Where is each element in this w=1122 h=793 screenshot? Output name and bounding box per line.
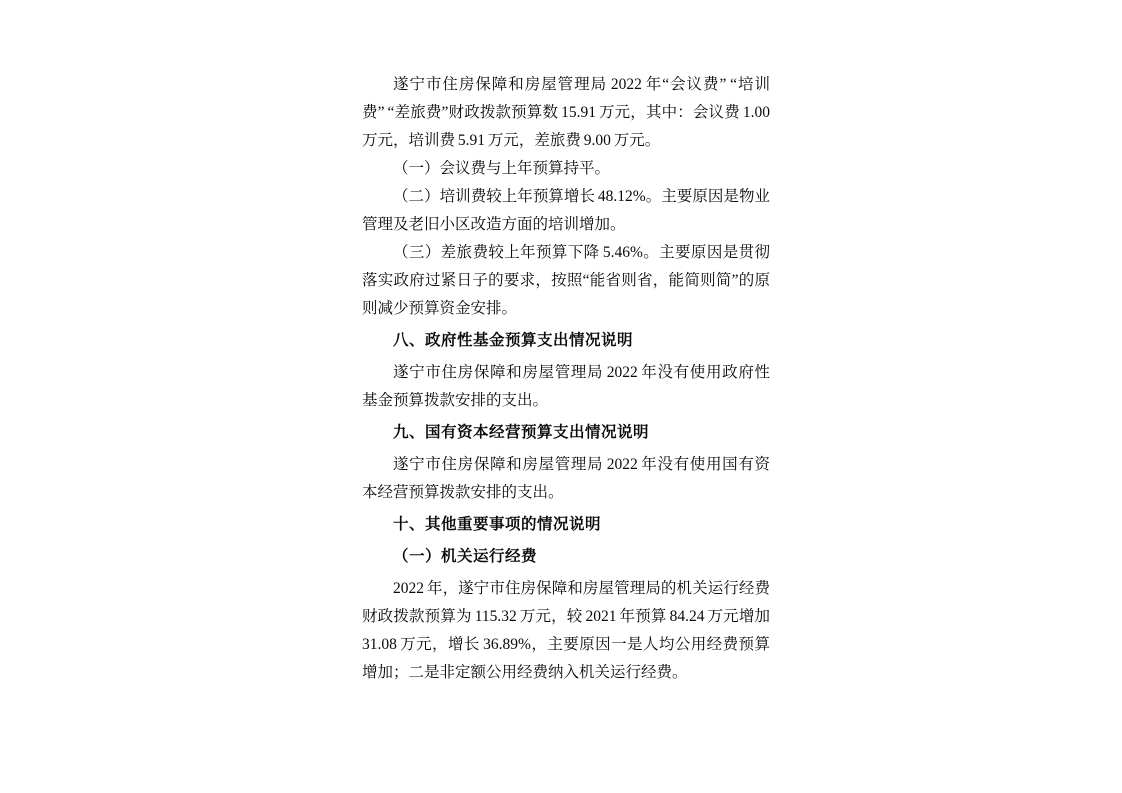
para-agency-operating-funds-detail: 2022 年，遂宁市住房保障和房屋管理局的机关运行经费财政拨款预算为 115.3… bbox=[362, 575, 770, 687]
heading-section-9-state-capital-budget: 九、国有资本经营预算支出情况说明 bbox=[362, 419, 770, 447]
para-section-8-no-government-fund-expenditure: 遂宁市住房保障和房屋管理局 2022 年没有使用政府性基金预算拨款安排的支出。 bbox=[362, 359, 770, 415]
document-page: 遂宁市住房保障和房屋管理局 2022 年“会议费” “培训费” “差旅费”财政拨… bbox=[0, 0, 1122, 793]
para-item-3-travel-fee-decrease: （三）差旅费较上年预算下降 5.46%。主要原因是贯彻落实政府过紧日子的要求，按… bbox=[362, 239, 770, 323]
para-section-9-no-state-capital-expenditure: 遂宁市住房保障和房屋管理局 2022 年没有使用国有资本经营预算拨款安排的支出。 bbox=[362, 451, 770, 507]
document-text-column: 遂宁市住房保障和房屋管理局 2022 年“会议费” “培训费” “差旅费”财政拨… bbox=[362, 71, 770, 687]
para-conference-training-travel-budget-totals: 遂宁市住房保障和房屋管理局 2022 年“会议费” “培训费” “差旅费”财政拨… bbox=[362, 71, 770, 155]
para-item-2-training-fee-increase: （二）培训费较上年预算增长 48.12%。主要原因是物业管理及老旧小区改造方面的… bbox=[362, 183, 770, 239]
heading-section-8-government-fund-budget: 八、政府性基金预算支出情况说明 bbox=[362, 327, 770, 355]
para-item-1-conference-fee-flat: （一）会议费与上年预算持平。 bbox=[362, 155, 770, 183]
subheading-item-1-agency-operating-funds: （一）机关运行经费 bbox=[362, 543, 770, 571]
heading-section-10-other-important-matters: 十、其他重要事项的情况说明 bbox=[362, 511, 770, 539]
